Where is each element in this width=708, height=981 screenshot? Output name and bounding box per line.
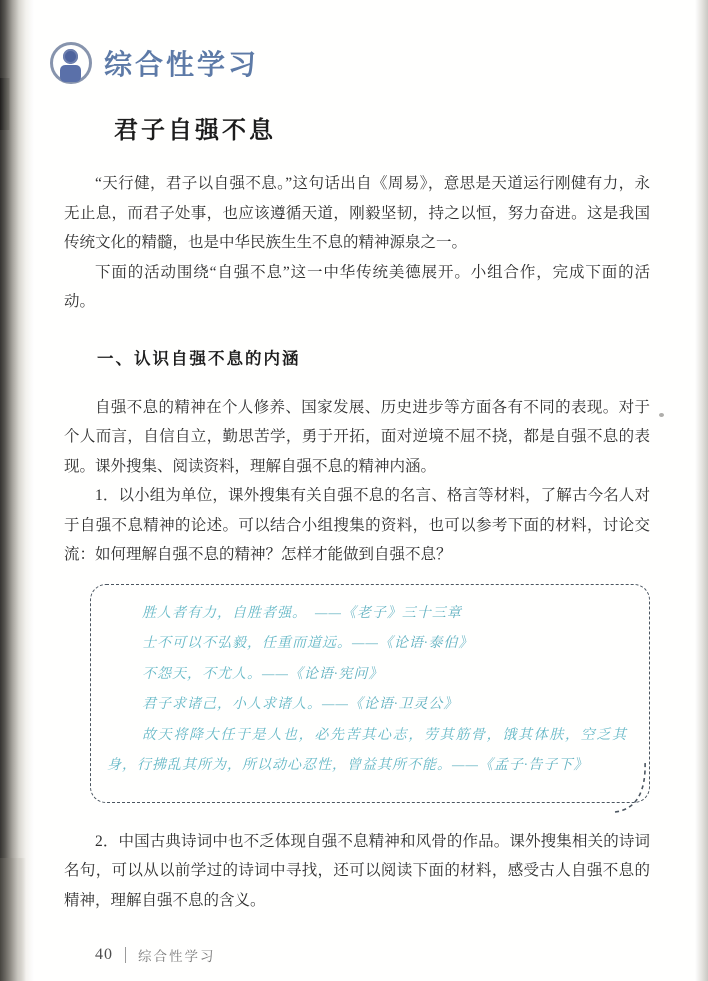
quote-line: 不怨天，不尤人。——《论语·宪问》 <box>107 660 627 691</box>
unit-label: 综合性学习 <box>104 43 259 83</box>
activity-item-2: 2．中国古典诗词中也不乏体现自强不息精神和风骨的作品。课外搜集相关的诗词名句，可… <box>64 827 650 916</box>
page-title: 君子自强不息 <box>114 110 650 145</box>
book-spine-shadow <box>0 0 34 981</box>
icon-person-torso <box>60 65 81 82</box>
section-heading: 一、认识自强不息的内涵 <box>64 345 650 369</box>
page-content: 综合性学习 君子自强不息 “天行健，君子以自强不息。”这句话出自《周易》，意思是… <box>64 0 650 915</box>
quote-source: ——《论语·宪问》 <box>262 667 383 682</box>
quote-text: 不怨天，不尤人。 <box>142 667 262 682</box>
page-edge-shadow <box>695 0 708 981</box>
person-in-circle-icon <box>50 42 92 84</box>
footer-divider <box>125 947 126 963</box>
footer-section-label: 综合性学习 <box>138 945 216 965</box>
quote-source: ——《孟子·告子下》 <box>452 758 588 773</box>
quote-text: 士不可以不弘毅，任重而道远。 <box>142 636 352 651</box>
spine-shadow-notch-bottom <box>0 858 26 981</box>
quote-line: 故天将降大任于是人也，必先苦其心志，劳其筋骨，饿其体肤，空乏其身，行拂乱其所为，… <box>107 721 627 782</box>
quotes-box: 胜人者有力，自胜者强。 ——《老子》三十三章 士不可以不弘毅，任重而道远。——《… <box>90 584 650 803</box>
quote-line: 君子求诸己，小人求诸人。——《论语·卫灵公》 <box>107 690 627 721</box>
quote-source: ——《论语·泰伯》 <box>352 636 473 651</box>
scan-speck <box>659 413 664 417</box>
quote-text: 君子求诸己，小人求诸人。 <box>142 697 322 712</box>
page-footer: 40 综合性学习 <box>95 945 216 965</box>
activity-item-1: 1．以小组为单位，课外搜集有关自强不息的名言、格言等材料，了解古今名人对于自强不… <box>64 481 650 570</box>
quote-line: 士不可以不弘毅，任重而道远。——《论语·泰伯》 <box>107 629 627 660</box>
spine-shadow-notch-top <box>0 78 10 130</box>
intro-paragraph-1: “天行健，君子以自强不息。”这句话出自《周易》，意思是天道运行刚健有力，永无止息… <box>64 169 650 258</box>
unit-header: 综合性学习 <box>50 42 650 84</box>
textbook-page: 综合性学习 君子自强不息 “天行健，君子以自强不息。”这句话出自《周易》，意思是… <box>0 0 708 981</box>
section-paragraph: 自强不息的精神在个人修养、国家发展、历史进步等方面各有不同的表现。对于个人而言，… <box>64 393 650 482</box>
icon-person-head <box>63 49 78 64</box>
quote-line: 胜人者有力，自胜者强。 ——《老子》三十三章 <box>107 599 627 630</box>
page-number: 40 <box>95 946 113 964</box>
intro-paragraph-2: 下面的活动围绕“自强不息”这一中华传统美德展开。小组合作，完成下面的活动。 <box>64 258 650 317</box>
quote-source: ——《论语·卫灵公》 <box>322 697 458 712</box>
quote-text: 胜人者有力，自胜者强。 <box>142 606 300 621</box>
quote-source: ——《老子》三十三章 <box>315 606 462 621</box>
